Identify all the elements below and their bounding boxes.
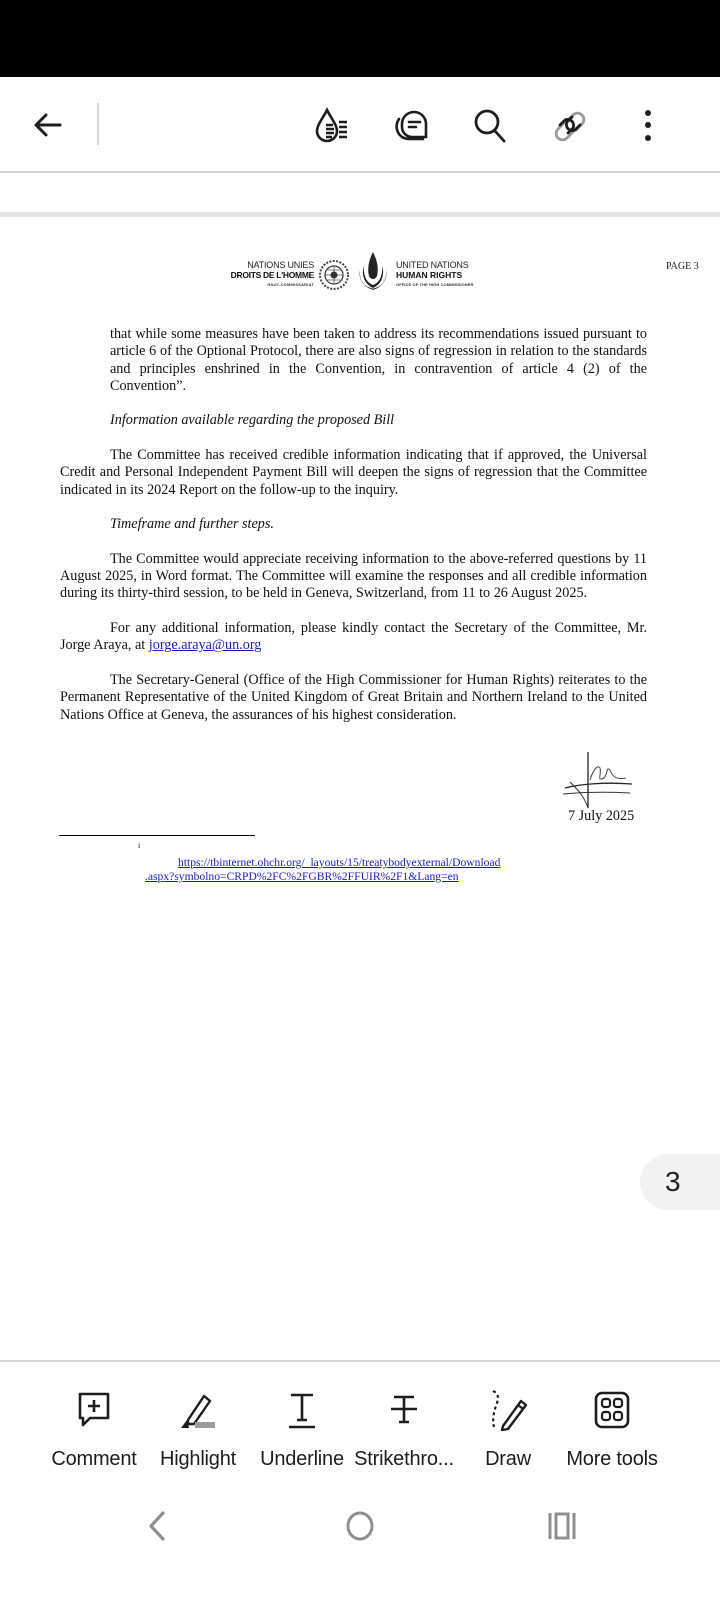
comment-bubbles-icon (390, 105, 430, 145)
paragraph-closing: The Secretary-General (Office of the Hig… (60, 672, 647, 724)
ohchr-logo: NATIONS UNIES DROITS DE L'HOMME HAUT-COM… (226, 250, 471, 290)
logo-right-text: UNITED NATIONS HUMAN RIGHTS OFFICE OF TH… (396, 261, 476, 287)
tool-more-tools[interactable]: More tools (560, 1390, 664, 1478)
arrow-left-icon (30, 107, 66, 143)
annotation-toolbar: Comment Highlight Underline Strikethro..… (0, 1360, 720, 1490)
back-button[interactable] (26, 103, 70, 147)
home-icon (343, 1509, 377, 1543)
highlighter-icon (178, 1390, 218, 1430)
toolbar-divider (97, 103, 99, 145)
human-rights-emblem-icon (356, 250, 390, 290)
logo-left-text: NATIONS UNIES DROITS DE L'HOMME HAUT-COM… (226, 261, 314, 287)
document-header: NATIONS UNIES DROITS DE L'HOMME HAUT-COM… (0, 250, 720, 290)
droplet-lines-icon (312, 105, 352, 145)
app-toolbar (0, 77, 720, 173)
toolbar-sub-strip (0, 175, 720, 217)
status-bar (0, 0, 720, 77)
section-heading-bill: Information available regarding the prop… (60, 412, 647, 429)
pencil-draw-icon (488, 1389, 528, 1431)
tool-underline[interactable]: Underline (250, 1390, 354, 1478)
tool-strikethrough[interactable]: Strikethro... (352, 1390, 456, 1478)
grid-tools-icon (593, 1390, 631, 1430)
document-body: that while some measures have been taken… (60, 326, 647, 741)
more-options-button[interactable] (626, 103, 670, 147)
quote-continuation: that while some measures have been taken… (60, 326, 647, 395)
section-heading-timeframe: Timeframe and further steps. (60, 516, 647, 533)
page-indicator-badge[interactable]: 3 (640, 1154, 720, 1210)
share-link-button[interactable] (548, 103, 592, 147)
system-recents-button[interactable] (532, 1506, 592, 1546)
paragraph-timeframe: The Committee would appreciate receiving… (60, 551, 647, 603)
recents-icon (545, 1509, 579, 1543)
back-icon (143, 1509, 173, 1543)
tool-draw[interactable]: Draw (456, 1390, 560, 1478)
contact-email-link[interactable]: jorge.araya@un.org (149, 637, 262, 653)
signature-date: 7 July 2025 (568, 808, 634, 825)
footnote-link[interactable]: https://tbinternet.ohchr.org/_layouts/15… (145, 856, 565, 884)
system-back-button[interactable] (128, 1506, 188, 1546)
liquid-mode-button[interactable] (310, 103, 354, 147)
tool-highlight[interactable]: Highlight (146, 1390, 250, 1478)
comment-add-icon (76, 1390, 112, 1430)
more-vertical-icon (628, 105, 668, 145)
footnote-link-line1[interactable]: https://tbinternet.ohchr.org/_layouts/15… (145, 856, 565, 870)
underline-icon (284, 1390, 320, 1430)
strikethrough-icon (386, 1390, 422, 1430)
page-number-label: PAGE 3 (666, 261, 699, 272)
link-icon (550, 105, 590, 145)
system-home-button[interactable] (330, 1506, 390, 1546)
tool-comment[interactable]: Comment (42, 1390, 146, 1478)
signature-block: 7 July 2025 (560, 750, 660, 832)
pdf-page[interactable]: NATIONS UNIES DROITS DE L'HOMME HAUT-COM… (0, 222, 720, 1388)
search-icon (470, 105, 510, 145)
footnote-separator (59, 835, 255, 836)
footnote-marker: i (138, 841, 140, 850)
search-button[interactable] (468, 103, 512, 147)
un-emblem-icon (318, 259, 350, 291)
paragraph-information: The Committee has received credible info… (60, 447, 647, 499)
system-navigation-bar (0, 1490, 720, 1600)
footnote-link-line2[interactable]: .aspx?symbolno=CRPD%2FC%2FGBR%2FFUIR%2F1… (145, 870, 459, 883)
signature-icon (560, 750, 640, 810)
comments-button[interactable] (388, 103, 432, 147)
paragraph-contact: For any additional information, please k… (60, 620, 647, 655)
